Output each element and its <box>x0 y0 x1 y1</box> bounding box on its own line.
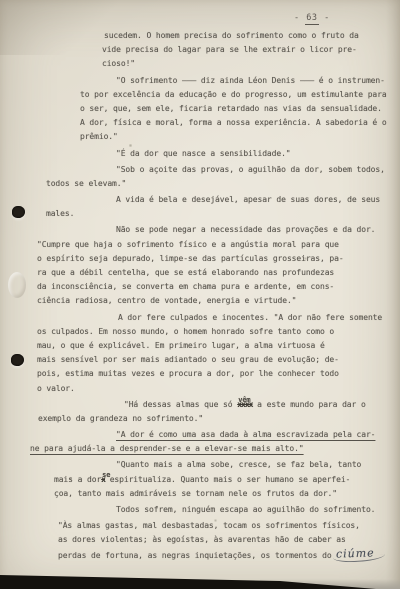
paragraph: Todos sofrem, ninguém escapa ao aguilhão… <box>54 503 400 517</box>
text-line: ra que a débil centelha, que se está ela… <box>37 266 400 280</box>
paragraph: "Às almas gastas, mal desbastadas, tocam… <box>58 519 400 562</box>
text-line: mais a dorsex espiritualiza. Quanto mais… <box>54 473 400 487</box>
typed-correction: vêmxxxx <box>237 398 252 412</box>
paragraph: "A dor é como uma asa dada à alma escrav… <box>30 428 400 456</box>
page-number-prefix: - <box>294 13 305 23</box>
text-line: A dor fere culpados e inocentes. "A dor … <box>118 311 400 325</box>
text-line: "Às almas gastas, mal desbastadas, tocam… <box>58 519 400 533</box>
correction-inserted-word: vêm <box>238 397 250 404</box>
page-number: - 63 - <box>294 13 330 23</box>
text-line: mau, o que é explicável. Em primeiro lug… <box>37 339 400 353</box>
text-line: "Cumpre que haja o sofrimento físico e a… <box>37 238 400 252</box>
text-line: A dor, física e moral, forma a nossa exp… <box>80 116 400 130</box>
text-line: da inconsciência, se converta em chama p… <box>37 280 400 294</box>
paragraph: A dor fere culpados e inocentes. "A dor … <box>37 311 400 396</box>
page-number-suffix: - <box>319 13 330 23</box>
text-line: exemplo da grandeza no sofrimento." <box>38 412 400 426</box>
paper-specks <box>0 0 1 1</box>
text-line: "Sob o açoite das provas, o aguilhão da … <box>116 163 400 177</box>
correction-inserted-word: se <box>102 472 110 479</box>
hole-punch <box>12 206 25 218</box>
text-line: "O sofrimento ——— diz ainda Léon Denis —… <box>116 74 400 88</box>
paragraph: "Há dessas almas que só vêmxxxx a este m… <box>38 398 400 426</box>
paragraph: "O sofrimento ——— diz ainda Léon Denis —… <box>80 74 400 145</box>
text-line: sucedem. O homem precisa do sofrimento c… <box>104 29 400 43</box>
text-line: perdas de fortuna, as negras inquietaçõe… <box>58 548 400 562</box>
hole-punch <box>11 354 24 366</box>
text-line: Não se pode negar a necessidade das prov… <box>116 223 400 237</box>
text-line: "É da dor que nasce a sensibilidade." <box>116 147 400 161</box>
paragraph: "É da dor que nasce a sensibilidade." <box>80 147 400 161</box>
text-line: Todos sofrem, ninguém escapa ao aguilhão… <box>116 503 400 517</box>
text-line: ciência radiosa, centro de vontade, ener… <box>37 294 400 308</box>
text-line: "Quanto mais a alma sobe, cresce, se faz… <box>116 458 400 472</box>
scan-background-edge <box>0 570 400 589</box>
paragraph: A vida é bela e desejável, apesar de sua… <box>46 193 400 221</box>
text-line: mais sensível por ser mais adiantado o s… <box>37 353 400 367</box>
handwritten-correction: ciúme <box>336 546 375 562</box>
paragraph: Não se pode negar a necessidade das prov… <box>37 223 400 308</box>
scanned-page: - 63 - sucedem. O homem precisa do sofri… <box>0 0 400 589</box>
typed-correction: sex <box>101 473 105 487</box>
text-line: prêmio." <box>80 130 400 144</box>
text-block: sucedem. O homem precisa do sofrimento c… <box>0 29 400 564</box>
text-line: o valor. <box>37 382 400 396</box>
text-line: o espírito seja depurado, limpe-se das p… <box>37 252 400 266</box>
text-line: pois, estima muitas vezes e procura a do… <box>37 367 400 381</box>
paragraph: sucedem. O homem precisa do sofrimento c… <box>102 29 400 72</box>
text-line: cioso!" <box>102 57 400 71</box>
text-line: çoa, tanto mais admiráveis se tornam nel… <box>54 487 400 501</box>
text-line: to por excelência da educação e do progr… <box>80 88 400 102</box>
paragraph: "Sob o açoite das provas, o aguilhão da … <box>46 163 400 191</box>
text-line: as dores violentas; às egoístas, às avar… <box>58 533 400 547</box>
page-number-value: 63 <box>305 13 318 25</box>
paragraph: "Quanto mais a alma sobe, cresce, se faz… <box>54 458 400 501</box>
text-line: todos se elevam." <box>46 177 400 191</box>
text-line: "Há dessas almas que só vêmxxxx a este m… <box>124 398 400 412</box>
text-line: A vida é bela e desejável, apesar de sua… <box>116 193 400 207</box>
text-line: "A dor é como uma asa dada à alma escrav… <box>116 428 400 442</box>
text-line: os culpados. Em nosso mundo, o homem hon… <box>37 325 400 339</box>
text-line: vide precisa do lagar para se lhe extrai… <box>102 43 400 57</box>
text-line: o ser, que, sem ele, ficaria retardado n… <box>80 102 400 116</box>
text-line: males. <box>46 207 400 221</box>
text-line: ne para ajudá-la a desprender-se e a ele… <box>30 442 400 456</box>
paper-emboss-mark <box>8 272 26 298</box>
